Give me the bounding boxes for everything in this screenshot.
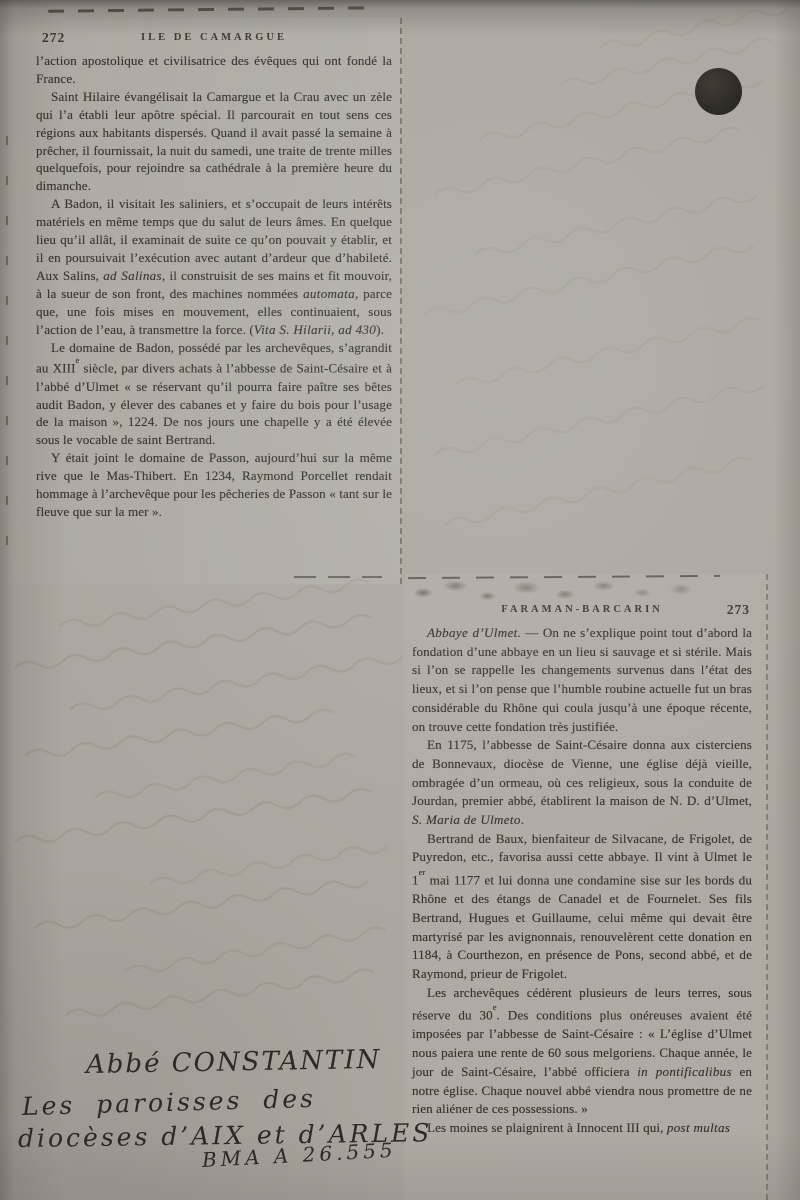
page-272-header: 272 ILE DE CAMARGUE (36, 28, 392, 50)
bleed-through-stroke (24, 708, 334, 760)
bleed-through-stroke (149, 842, 387, 888)
bleed-through-stroke (94, 752, 356, 802)
page-272-content: 272 ILE DE CAMARGUE l’action apostolique… (36, 28, 392, 521)
page-272-text: l’action apostolique et civilisatrice de… (36, 52, 392, 521)
clipping-page-273: FARAMAN-BARCARIN 273 Abbaye d’Ulmet. — O… (404, 574, 768, 1200)
bleed-through-stroke (444, 456, 751, 530)
paragraph: Saint Hilaire évangélisait la Camargue e… (36, 88, 392, 195)
page-273-header: FARAMAN-BARCARIN 273 (412, 600, 752, 622)
torn-edge-top (48, 6, 378, 12)
bleed-through-stroke (124, 926, 386, 976)
bleed-through-stroke (454, 316, 761, 390)
torn-edge-left-ticks (6, 136, 8, 560)
bleed-through-stroke (64, 968, 374, 1020)
bleed-through-stroke (34, 877, 368, 933)
paragraph: Bertrand de Baux, bienfaiteur de Silvaca… (412, 830, 752, 984)
bleed-through-stroke (424, 241, 755, 320)
page-273-text: Abbaye d’Ulmet. — On ne s’explique point… (412, 624, 752, 1138)
handwriting-author: Abbé CONSTANTIN (86, 1045, 382, 1080)
clipping-page-272: 272 ILE DE CAMARGUE l’action apostolique… (8, 18, 402, 584)
paragraph: En 1175, l’abbesse de Saint-Césaire donn… (412, 736, 752, 830)
paragraph: Les moines se plaignirent à Innocent III… (412, 1119, 752, 1138)
bleed-through-stroke (434, 381, 765, 460)
page-273-content: FARAMAN-BARCARIN 273 Abbaye d’Ulmet. — O… (412, 600, 752, 1138)
bleed-through-stroke (434, 126, 741, 200)
paragraph: Y était joint le domaine de Passon, aujo… (36, 449, 392, 521)
running-title: ILE DE CAMARGUE (141, 32, 287, 43)
bleed-through-stroke (69, 653, 402, 714)
scanned-scrapbook-page: 272 ILE DE CAMARGUE l’action apostolique… (0, 0, 800, 1200)
trailing-dashes (294, 576, 382, 578)
bleed-through-stroke (14, 787, 372, 846)
paragraph: Abbaye d’Ulmet. — On ne s’explique point… (412, 624, 752, 736)
bleed-through-stroke (59, 578, 369, 630)
page-number: 273 (727, 602, 750, 618)
paragraph: A Badon, il visitait les saliniers, et s… (36, 195, 392, 338)
paragraph: Les archevêques cédèrent plusieurs de le… (412, 984, 752, 1119)
bleed-through-stroke (599, 4, 789, 53)
page-number: 272 (42, 30, 65, 46)
paragraph: l’action apostolique et civilisatrice de… (36, 52, 392, 88)
running-title: FARAMAN-BARCARIN (501, 604, 663, 615)
punch-hole-dot (695, 68, 742, 115)
bleed-through-stroke (474, 191, 758, 260)
paragraph: Le domaine de Badon, possédé par les arc… (36, 339, 392, 450)
bleed-through-stroke (14, 613, 372, 672)
handwriting-title-line-1: Les paroisses des (22, 1084, 317, 1121)
